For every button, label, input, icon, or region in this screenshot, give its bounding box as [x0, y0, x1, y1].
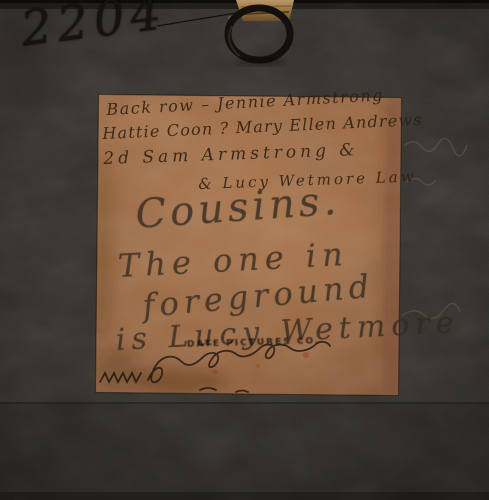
- backing-board-art: [0, 0, 489, 500]
- caption-label-paper: [91, 94, 401, 396]
- photo-back-scene: 2204 Back row – Jennie Armstrong Hattie …: [0, 0, 489, 500]
- bottom-board-seam: [0, 402, 489, 500]
